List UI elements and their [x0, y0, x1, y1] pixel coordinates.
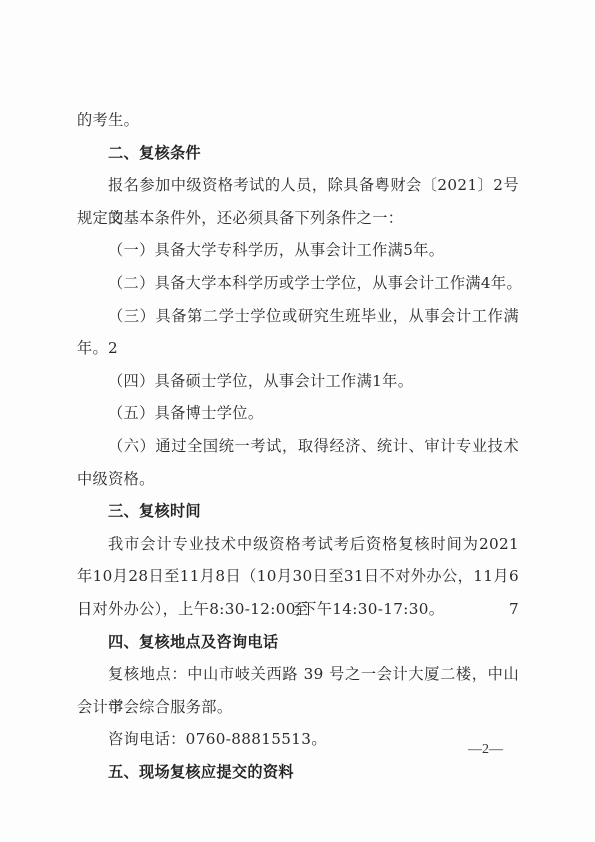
section-heading-materials: 五、现场复核应提交的资料: [77, 756, 519, 789]
condition-item-1: （一）具备大学专科学历，从事会计工作满5年。: [77, 234, 519, 267]
page-number: —2—: [468, 742, 503, 758]
section-heading-location-contact: 四、复核地点及咨询电话: [77, 626, 519, 659]
paragraph-line: 规定的基本条件外，还必须具备下列条件之一：: [77, 202, 519, 235]
contact-phone: 咨询电话：0760-88815513。: [77, 723, 519, 756]
section-heading-review-conditions: 二、复核条件: [77, 137, 519, 170]
condition-item-2: （二）具备大学本科学历或学士学位，从事会计工作满4年。: [77, 267, 519, 300]
paragraph-line: 年10月28日至11月8日（10月30日至31日不对外办公，11月6日至7: [77, 560, 519, 593]
condition-item-6-continued: 中级资格。: [77, 463, 519, 496]
paragraph-line: 报名参加中级资格考试的人员，除具备粤财会〔2021〕2号文: [77, 169, 519, 202]
document-page: 的考生。 二、复核条件 报名参加中级资格考试的人员，除具备粤财会〔2021〕2号…: [77, 104, 519, 788]
condition-item-5: （五）具备博士学位。: [77, 397, 519, 430]
paragraph-line: 我市会计专业技术中级资格考试考后资格复核时间为2021: [77, 528, 519, 561]
condition-item-3-continued: 年。: [77, 332, 519, 365]
review-location-continued: 会计学会综合服务部。: [77, 691, 519, 724]
condition-item-4: （四）具备硕士学位，从事会计工作满1年。: [77, 365, 519, 398]
condition-item-3: （三）具备第二学士学位或研究生班毕业，从事会计工作满2: [77, 300, 519, 333]
section-heading-review-time: 三、复核时间: [77, 495, 519, 528]
text-line-continuation: 的考生。: [77, 104, 519, 137]
condition-item-6: （六）通过全国统一考试，取得经济、统计、审计专业技术: [77, 430, 519, 463]
review-location: 复核地点：中山市岐关西路 39 号之一会计大厦二楼，中山市: [77, 658, 519, 691]
